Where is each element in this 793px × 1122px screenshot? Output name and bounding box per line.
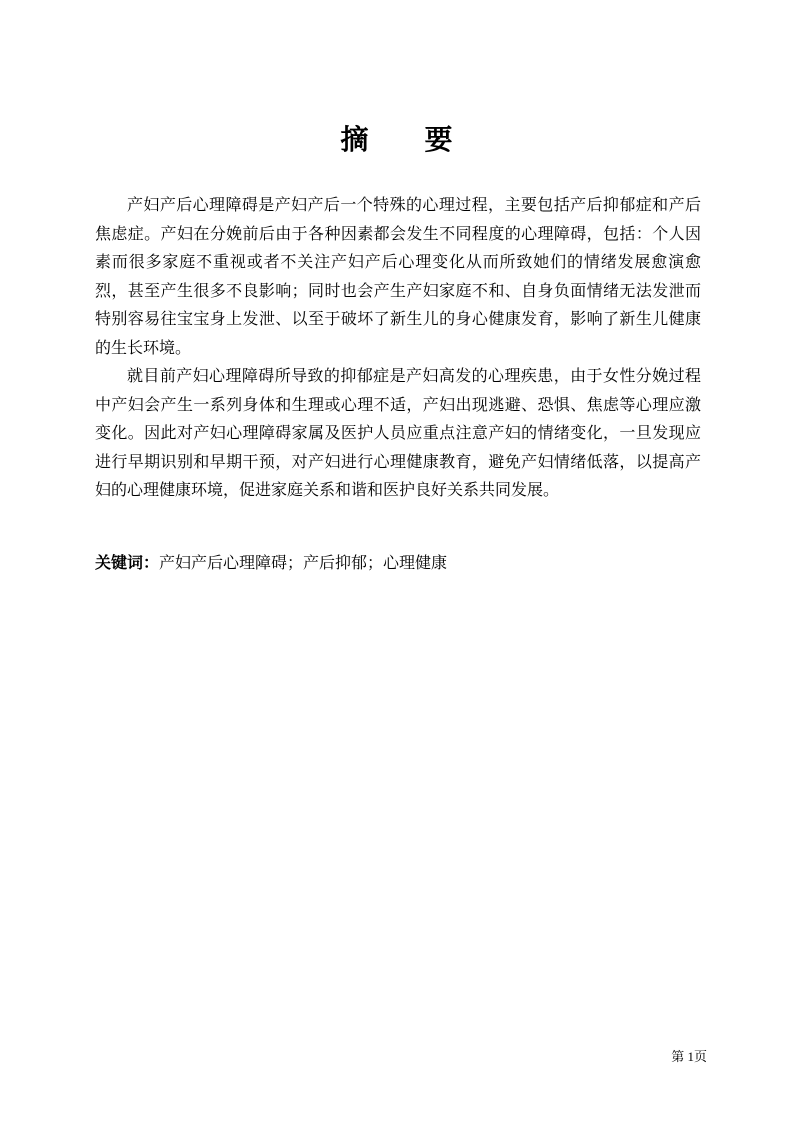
abstract-paragraph-1: 产妇产后心理障碍是产妇产后一个特殊的心理过程，主要包括产后抑郁症和产后焦虑症。产… [95, 192, 701, 363]
keywords-line: 关键词：产妇产后心理障碍；产后抑郁；心理健康 [95, 550, 701, 579]
keywords-text: 产妇产后心理障碍；产后抑郁；心理健康 [159, 555, 447, 572]
keywords-label: 关键词： [95, 555, 159, 572]
abstract-body: 产妇产后心理障碍是产妇产后一个特殊的心理过程，主要包括产后抑郁症和产后焦虑症。产… [95, 192, 701, 506]
abstract-paragraph-2: 就目前产妇心理障碍所导致的抑郁症是产妇高发的心理疾患，由于女性分娩过程中产妇会产… [95, 363, 701, 506]
abstract-title: 摘 要 [0, 120, 793, 160]
document-page: 摘 要 产妇产后心理障碍是产妇产后一个特殊的心理过程，主要包括产后抑郁症和产后焦… [0, 0, 793, 1122]
page-number: 第 1页 [671, 1048, 707, 1066]
